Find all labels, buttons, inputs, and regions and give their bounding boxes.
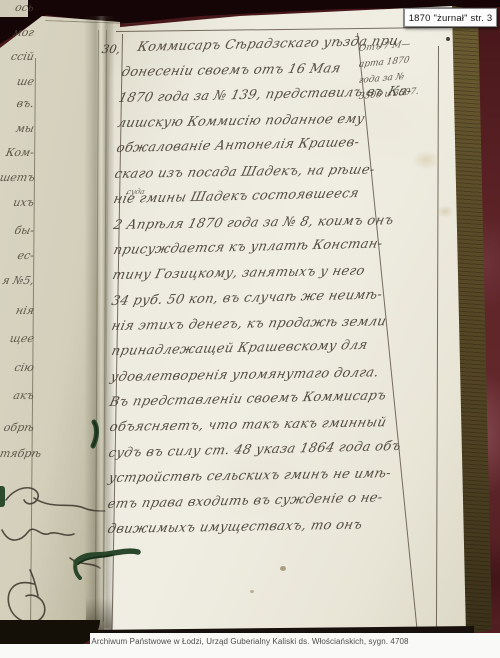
left-page-fragment: ес- [0,249,35,262]
paper-stain [412,150,440,170]
binding-cord [68,414,148,584]
paper-stain [436,205,454,218]
ink-speck [280,566,286,571]
archival-photo: ось мог ссій ше въ. мы Ком- шетъ ихъ бы-… [0,0,500,658]
left-page-fragment: обрѣ [0,421,35,434]
left-page-fragment: ссій [0,50,35,63]
left-page-fragment: мог [0,26,35,39]
left-page-fragment: въ. [0,97,35,110]
left-page-fragment: шетъ [0,171,35,184]
interline-insertion: суда [126,187,146,196]
left-page-fragment: ше [0,75,35,88]
left-page-fragment: Ком- [0,146,35,159]
caption-band-left [0,644,95,658]
left-page-fragment: я №5, [0,274,35,287]
ink-speck [250,590,254,593]
left-page-fragment: нія [0,304,35,317]
left-page-fragment: акъ [0,389,35,402]
left-page-fragment: щее [0,332,35,345]
entry-number: 30, [101,42,122,56]
left-page-fragment: бы- [0,224,35,237]
left-page-fragment: тябрѣ [0,447,35,460]
archive-caption: Archiwum Państwowe w Łodzi, Urząd Guberi… [0,637,500,646]
left-page-fragment: ось [0,1,35,14]
left-page-fragment: мы [0,122,35,135]
left-page-fragment: ихъ [0,196,35,209]
binding-cord-end [0,486,5,507]
left-page-fragment: сію [0,361,35,374]
archive-label-sticker: 1870 "żurnał" str. 3 [404,8,497,27]
